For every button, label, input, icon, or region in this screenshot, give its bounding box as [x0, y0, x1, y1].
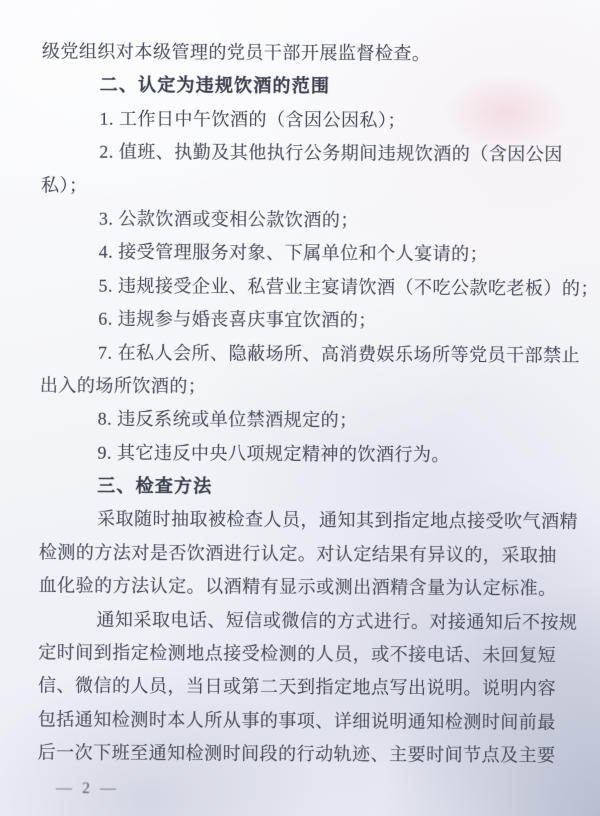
scanned-document-page: 级党组织对本级管理的党员干部开展监督检查。二、认定为违规饮酒的范围1. 工作日中…	[0, 0, 600, 816]
text-line: 通知采取电话、短信或微信的方式进行。对接通知后不按规	[38, 603, 562, 640]
text-line: 7. 在私人会所、隐蔽场所、高消费娱乐场所等党员干部禁止	[40, 336, 564, 373]
text-line: 血化验的方法认定。以酒精有显示或测出酒精含量为认定标准。	[39, 570, 563, 607]
text-line: 包括通知检测时本人所从事的事项、详细说明通知检测时间前最	[38, 703, 562, 740]
page-body: 级党组织对本级管理的党员干部开展监督检查。二、认定为违规饮酒的范围1. 工作日中…	[38, 35, 566, 773]
text-line: 5. 违规接受企业、私营业主宴请饮酒（不吃公款吃老板）的；	[40, 269, 564, 306]
text-line: 私）；	[41, 169, 565, 206]
section-heading-line: 三、检查方法	[39, 469, 563, 506]
text-line: 9. 其它违反中央八项规定精神的饮酒行为。	[39, 436, 563, 473]
text-line: 级党组织对本级管理的党员干部开展监督检查。	[42, 35, 566, 72]
text-line: 2. 值班、执勤及其他执行公务期间违规饮酒的（含因公因	[41, 136, 565, 173]
text-line: 出入的场所饮酒的；	[40, 369, 564, 406]
text-line: 1. 工作日中午饮酒的（含因公因私）；	[41, 102, 565, 139]
text-line: 信、微信的人员，当日或第二天到指定地点写出说明。说明内容	[38, 670, 562, 707]
text-line: 4. 接受管理服务对象、下属单位和个人宴请的；	[41, 236, 565, 273]
text-line: 6. 违规参与婚丧喜庆事宜饮酒的；	[40, 302, 564, 339]
text-line: 3. 公款饮酒或变相公款饮酒的；	[41, 202, 565, 239]
text-line: 采取随时抽取被检查人员，通知其到指定地点接受吹气酒精	[39, 503, 563, 540]
text-line: 8. 违反系统或单位禁酒规定的；	[40, 403, 564, 440]
text-line: 检测的方法对是否饮酒进行认定。对认定结果有异议的，采取抽	[39, 536, 563, 573]
text-line: 后一次下班至通知检测时间段的行动轨迹、主要时间节点及主要	[38, 737, 562, 774]
text-line: 定时间到指定检测地点接受检测的人员，或不接电话、未回复短	[38, 636, 562, 673]
page-number: — 2 —	[56, 780, 119, 798]
section-heading-line: 二、认定为违规饮酒的范围	[42, 69, 566, 106]
